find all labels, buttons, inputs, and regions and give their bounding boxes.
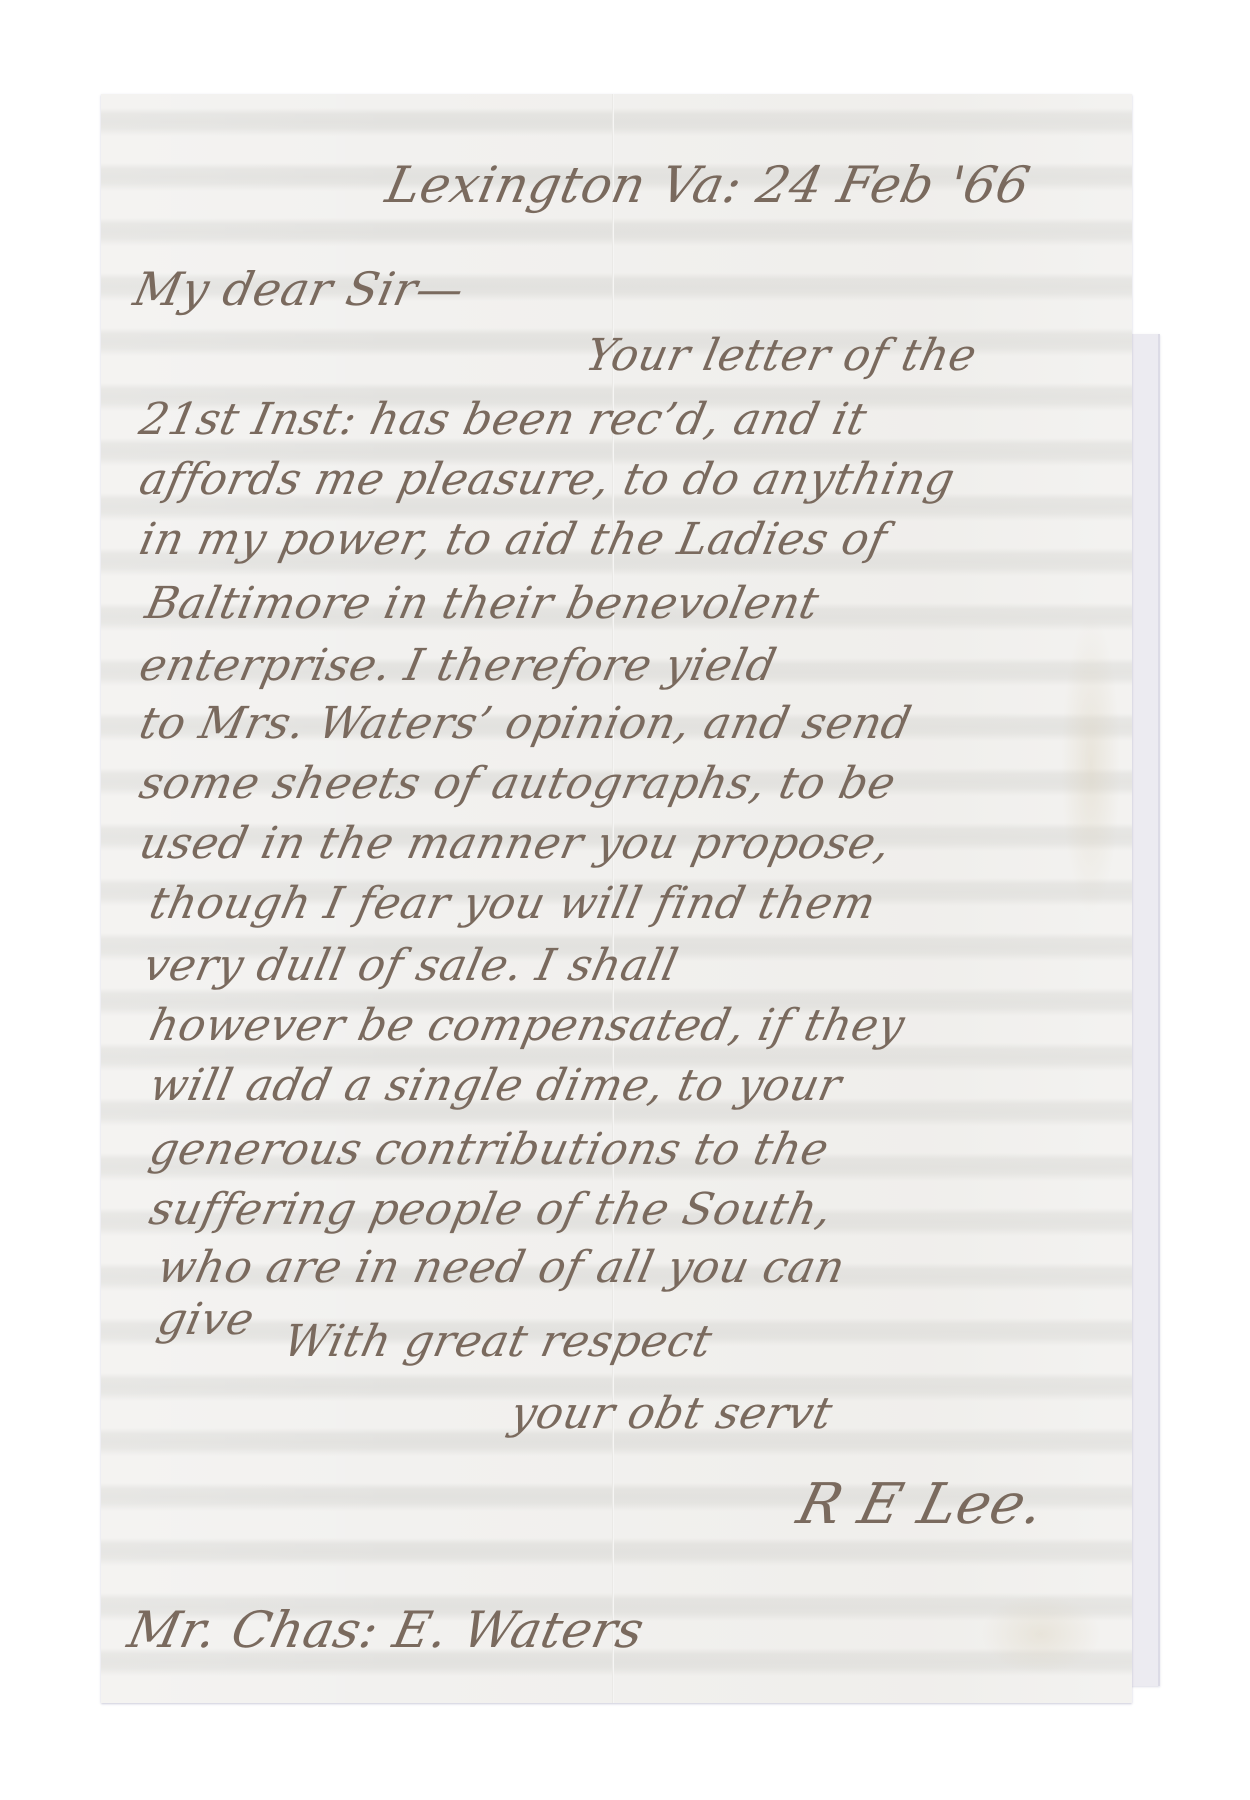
body-line: suffering people of the South, bbox=[145, 1184, 837, 1235]
body-line: give bbox=[153, 1294, 259, 1345]
body-line: will add a single dime, to your bbox=[145, 1060, 846, 1111]
signature: R E Lee. bbox=[791, 1472, 1051, 1537]
body-line: to Mrs. Waters’ opinion, and send bbox=[135, 698, 916, 749]
body-line: enterprise. I therefore yield bbox=[135, 640, 781, 691]
body-line: used in the manner you propose, bbox=[135, 818, 895, 869]
paper-stain bbox=[981, 1594, 1101, 1674]
closing: With great respect bbox=[279, 1316, 717, 1367]
body-line: 21st Inst: has been rec’d, and it bbox=[135, 394, 871, 445]
body-line: affords me pleasure, to do anything bbox=[135, 454, 959, 505]
body-line: though I fear you will find them bbox=[145, 878, 880, 929]
body-line: however be compensated, if they bbox=[145, 1000, 909, 1051]
salutation: My dear Sir— bbox=[129, 262, 469, 316]
dateline: Lexington Va: 24 Feb '66 bbox=[381, 156, 1035, 214]
body-line: Your letter of the bbox=[581, 330, 981, 381]
paper-stain bbox=[1061, 614, 1121, 914]
letter-sheet: Lexington Va: 24 Feb '66 My dear Sir— Yo… bbox=[101, 94, 1132, 1703]
closing-servant: your obt servt bbox=[506, 1388, 837, 1439]
photo-backdrop: Lexington Va: 24 Feb '66 My dear Sir— Yo… bbox=[0, 0, 1250, 1800]
body-line: some sheets of autographs, to be bbox=[135, 758, 900, 809]
addressee: Mr. Chas: E. Waters bbox=[123, 1601, 649, 1659]
body-line: who are in need of all you can bbox=[153, 1242, 850, 1293]
body-line: Baltimore in their benevolent bbox=[141, 578, 824, 629]
body-line: very dull of sale. I shall bbox=[139, 940, 683, 991]
body-line: in my power, to aid the Ladies of bbox=[135, 514, 892, 565]
body-line: generous contributions to the bbox=[145, 1124, 833, 1175]
